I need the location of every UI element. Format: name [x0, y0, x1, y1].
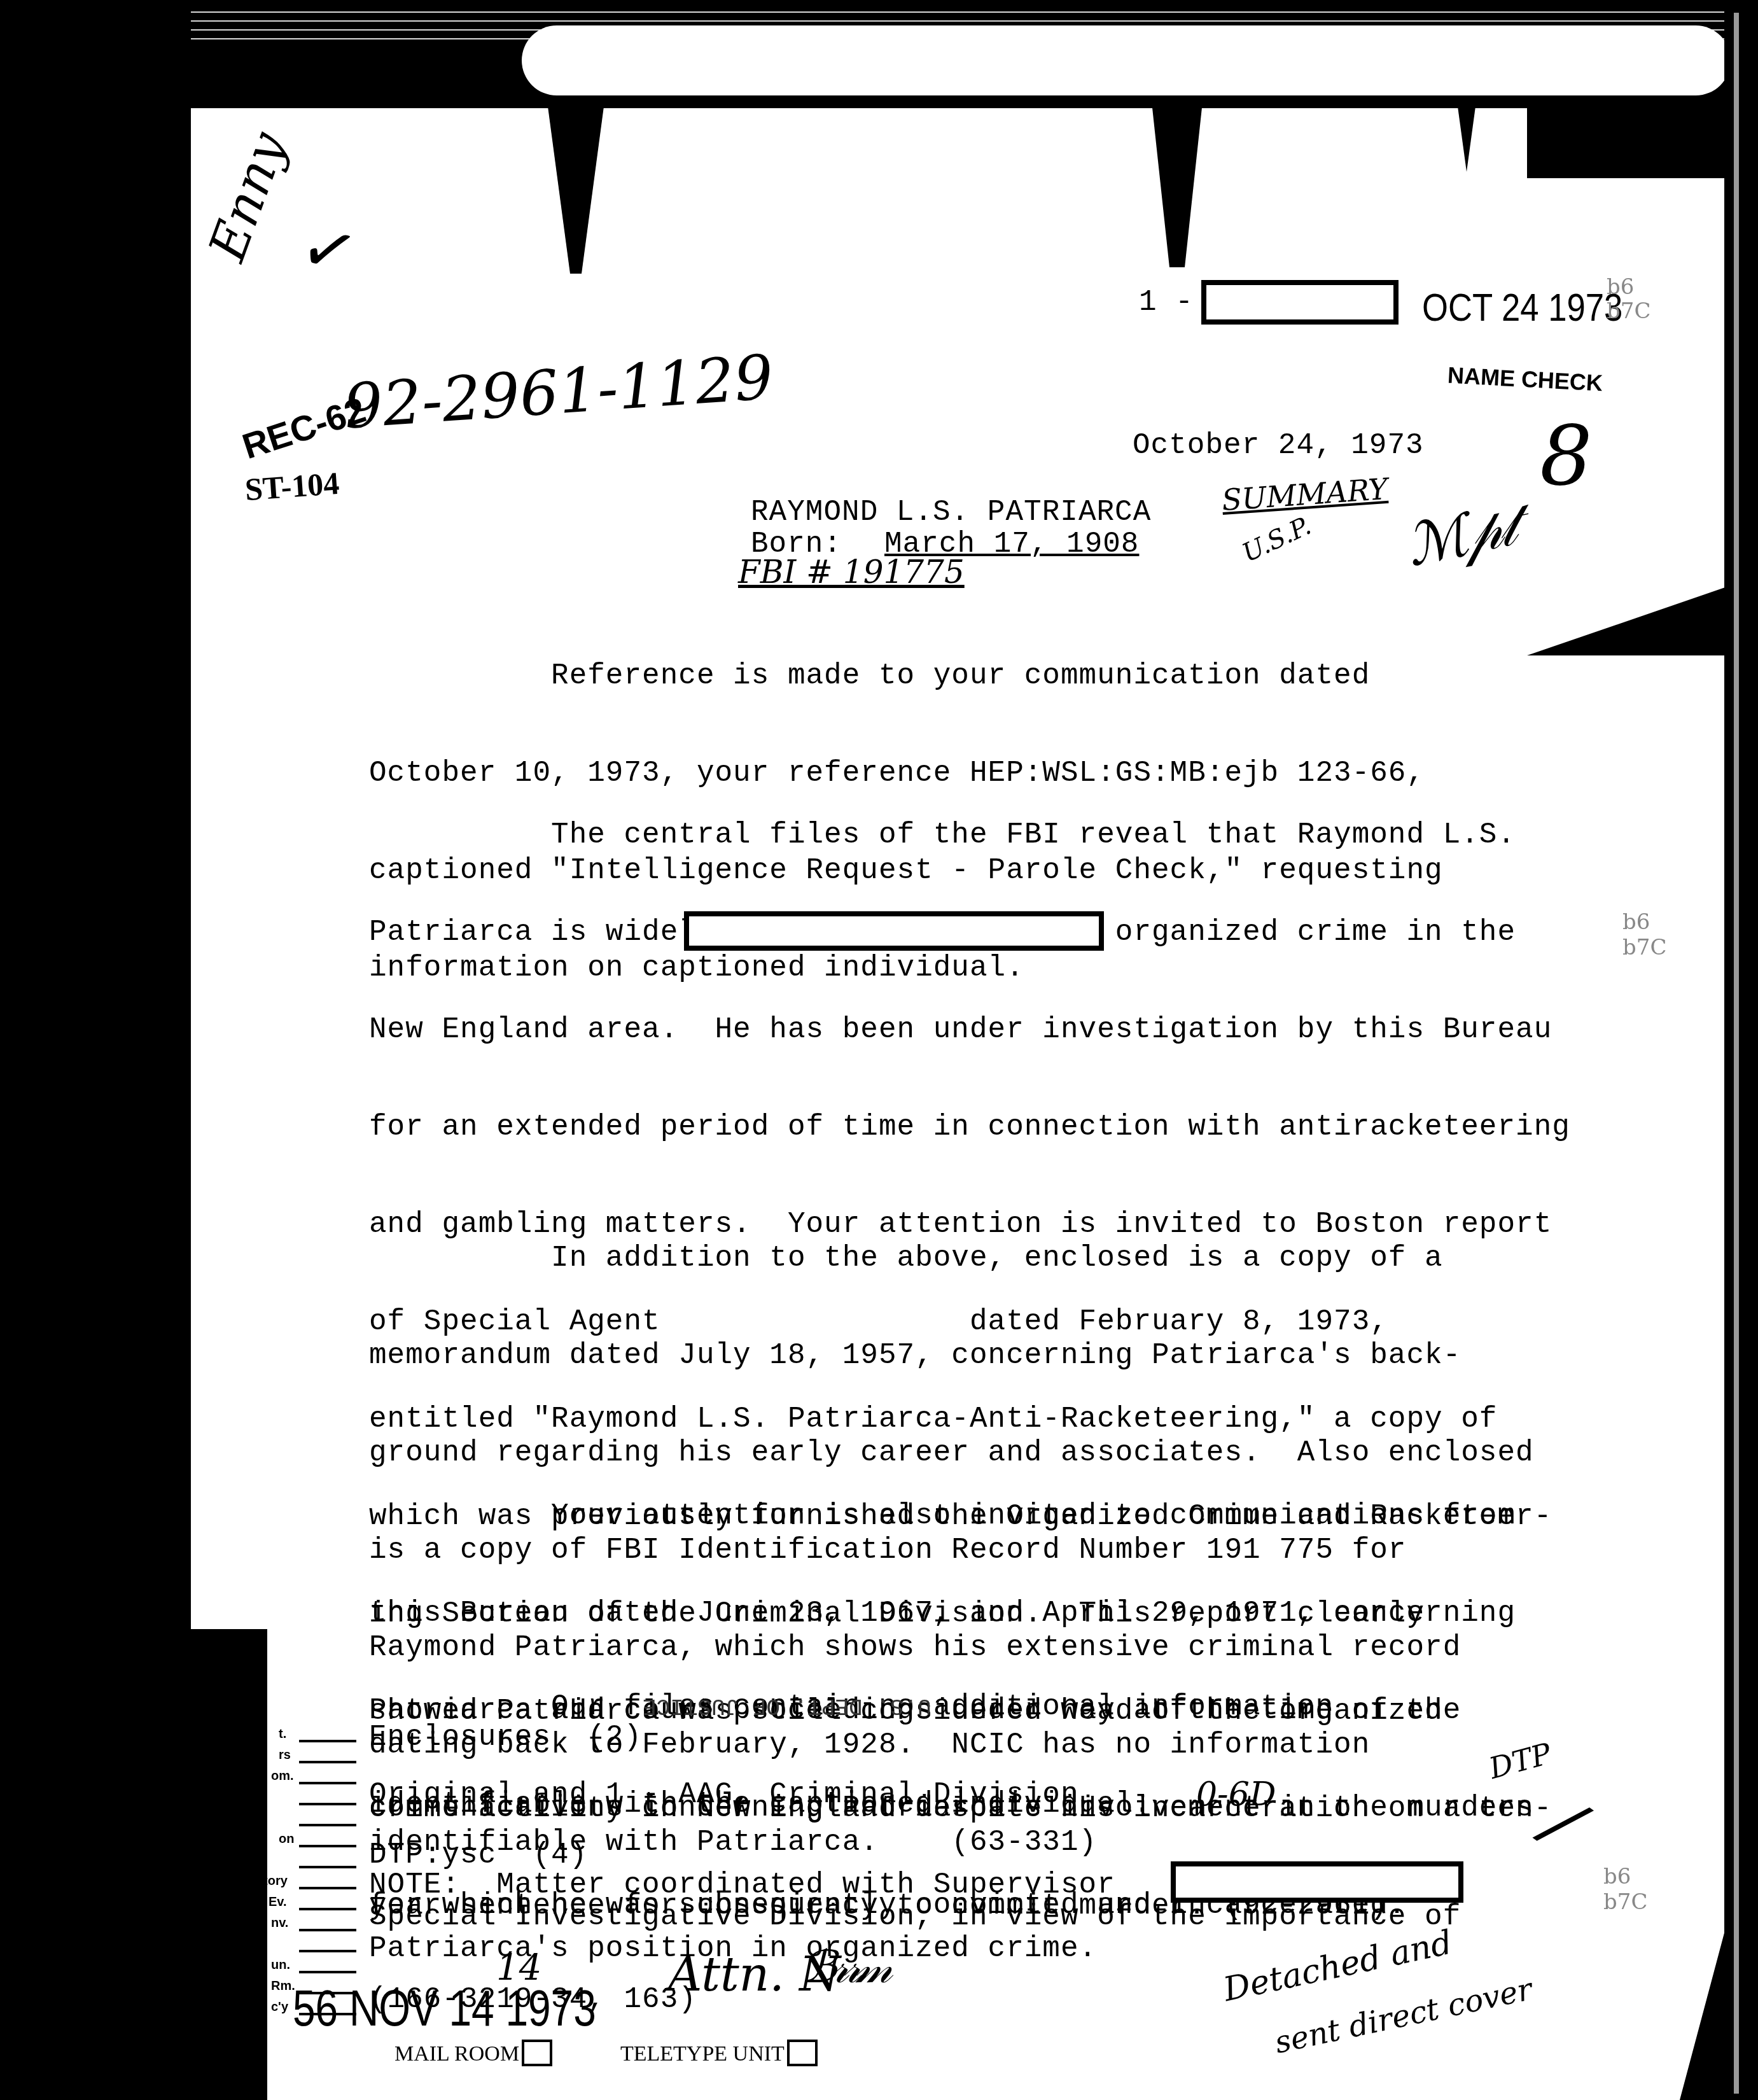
annotation-usp: U.S.P. — [1238, 511, 1316, 568]
signature-scrawl: ℬ𝓇𝓇𝓂 — [802, 1941, 886, 1994]
mirrored-stamp: U.S. DEPT. OF JUSTICE — [643, 1693, 931, 1719]
received-stamp: 56 NOV 14 1973 — [293, 1979, 596, 2038]
scan-artifact-right-wedge — [1527, 585, 1731, 655]
scan-border-right-inner — [1734, 13, 1739, 2094]
fbi-number: FBI # 191775 — [738, 554, 965, 591]
routing-blank — [299, 1971, 356, 1973]
name-check-stamp: NAME CHECK — [1447, 362, 1603, 397]
distribution-annotation: 0-6D — [1196, 1775, 1276, 1814]
body-line: this Bureau dated June 23, 1967, and Apr… — [369, 1597, 1534, 1630]
initials-scrawl: ℳ𝓅𝓉 — [1400, 493, 1518, 580]
mail-room-checkbox[interactable] — [522, 2040, 552, 2066]
scan-border-left-bottom — [0, 1629, 267, 2100]
routing-blank — [299, 1950, 356, 1952]
handwritten-top-left: Enny — [197, 125, 298, 269]
routing-blank — [299, 1782, 356, 1784]
serial-stamp: ST-104 — [244, 465, 340, 508]
exemption-code: b6 — [1603, 1865, 1631, 1889]
note-line-2: Special Investigative Division, in view … — [369, 1901, 1461, 1933]
letter-date: October 24, 1973 — [1133, 430, 1424, 462]
routing-label: c'y — [271, 2000, 288, 2015]
exemption-code: b7C — [1603, 1890, 1647, 1914]
teletype-unit-label: TELETYPE UNIT — [620, 2040, 820, 2066]
teletype-unit-checkbox[interactable] — [787, 2040, 818, 2066]
copy-line-prefix: 1 - — [1139, 286, 1194, 319]
caption-name: RAYMOND L.S. PATRIARCA — [751, 496, 1151, 529]
typist-line: DTP:ysc (4) — [369, 1839, 587, 1872]
exemption-code: b6 — [1622, 910, 1650, 934]
routing-blank — [299, 1992, 356, 1994]
mail-room-label: MAIL ROOM — [394, 2040, 555, 2066]
body-line: In addition to the above, enclosed is a … — [369, 1242, 1534, 1275]
routing-label: on — [279, 1832, 294, 1847]
routing-label: un. — [271, 1958, 290, 1973]
scan-artifact-drip — [1457, 102, 1476, 172]
routing-label: om. — [271, 1769, 294, 1784]
body-line: memorandum dated July 18, 1957, concerni… — [369, 1340, 1534, 1372]
scan-artifact-drip — [547, 102, 604, 274]
routing-blank — [299, 2013, 356, 2015]
scan-artifact-drip — [1152, 102, 1203, 267]
routing-blank — [299, 1761, 356, 1763]
redaction-supervisor — [1171, 1861, 1463, 1903]
body-line: for an extended period of time in connec… — [369, 1111, 1570, 1144]
routing-label: t. — [279, 1727, 286, 1742]
file-number: 92-2961-1129 — [342, 342, 776, 443]
distribution-line: Original and 1 - AAG, Criminal Division — [369, 1779, 1079, 1811]
handwritten-count: 8 — [1540, 407, 1593, 504]
routing-label: rs — [279, 1748, 291, 1763]
exemption-code: b7C — [1607, 299, 1650, 323]
body-line: New England area. He has been under inve… — [369, 1014, 1570, 1046]
routing-blank — [299, 1824, 356, 1826]
scan-border-right — [1724, 0, 1758, 2100]
scan-artifact-top-right — [1527, 95, 1724, 178]
handwritten-mark: ✓ — [294, 199, 363, 302]
date-stamp: OCT 24 1973 — [1422, 285, 1622, 330]
exemption-code: b6 — [1607, 275, 1634, 299]
routing-label: & Ev. — [256, 1895, 287, 1910]
scan-artifact-top — [522, 25, 1731, 95]
routing-blank — [299, 1929, 356, 1931]
body-line: Your attention is also invited to commun… — [369, 1500, 1534, 1532]
redaction-box — [1201, 280, 1399, 325]
annotation-summary: SUMMARY — [1220, 472, 1388, 517]
scan-artifact-right-bottom — [1680, 1909, 1731, 2100]
routing-blank — [299, 1908, 356, 1910]
exemption-code: b7C — [1622, 935, 1666, 960]
body-line: The central files of the FBI reveal that… — [369, 819, 1570, 851]
teletype-unit-text: TELETYPE UNIT — [620, 2042, 785, 2066]
enclosures-line: Enclosures (2) — [369, 1721, 642, 1754]
mail-room-text: MAIL ROOM — [394, 2042, 519, 2066]
routing-label: nv. — [271, 1916, 288, 1931]
body-line: Reference is made to your communication … — [369, 660, 1443, 692]
note-line-1: NOTE: Matter coordinated with Supervisor — [369, 1869, 1115, 1901]
routing-blank — [299, 1803, 356, 1805]
routing-label: tory — [263, 1874, 288, 1889]
routing-blank — [299, 1866, 356, 1868]
routing-blank — [299, 1845, 356, 1847]
routing-blank — [299, 1887, 356, 1889]
routing-blank — [299, 1740, 356, 1742]
routing-label: Rm. — [271, 1979, 295, 1994]
redaction-special-agent — [684, 911, 1104, 951]
